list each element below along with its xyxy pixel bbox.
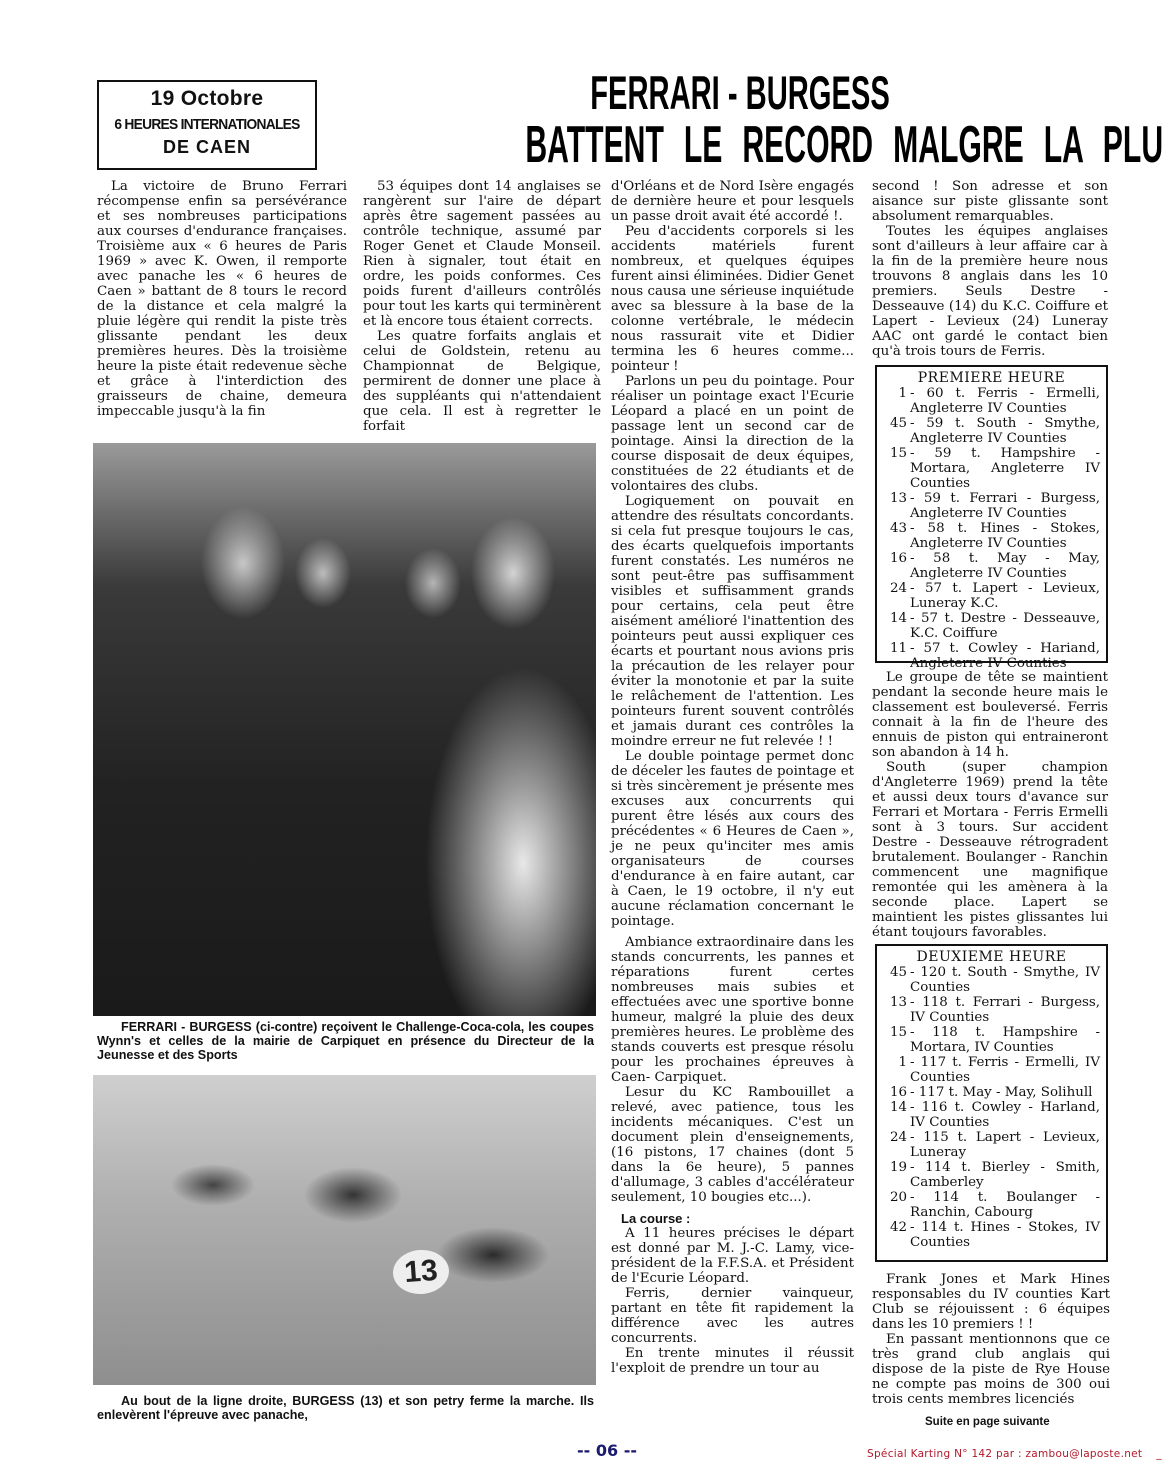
paragraph: 53 équipes dont 14 anglaises se rangèren… — [363, 179, 601, 329]
result-row: 42- 114 t. Hines - Stokes, IV Counties — [883, 1220, 1100, 1250]
paragraph: Toutes les équipes anglaises sont d'aill… — [872, 224, 1108, 359]
credit-line: Spécial Karting N° 142 par : zambou@lapo… — [867, 1448, 1162, 1460]
results-title: DEUXIEME HEURE — [883, 950, 1100, 965]
article-column-4: second ! Son adresse et son aisance sur … — [872, 179, 1108, 359]
headline-line-1: FERRARI - BURGESS — [511, 68, 970, 118]
paragraph: Le groupe de tête se maintient pendant l… — [872, 670, 1108, 760]
result-row: 15- 118 t. Hampshire - Mortara, IV Count… — [883, 1025, 1100, 1055]
paragraph: South (super champion d'Angleterre 1969)… — [872, 760, 1108, 940]
paragraph: Parlons un peu du pointage. Pour réalise… — [611, 374, 854, 494]
result-row: 16- 117 t. May - May, Solihull — [883, 1085, 1100, 1100]
result-row: 20- 114 t. Boulanger - Ranchin, Cabourg — [883, 1190, 1100, 1220]
results-title: PREMIERE HEURE — [883, 371, 1100, 386]
date-box-date: 19 Octobre — [99, 87, 315, 111]
article-column-4-middle: Le groupe de tête se maintient pendant l… — [872, 670, 1108, 940]
paragraph: La victoire de Bruno Ferrari récompense … — [97, 179, 347, 419]
paragraph: Frank Jones et Mark Hines responsables d… — [872, 1272, 1110, 1332]
date-box-location: DE CAEN — [99, 137, 315, 158]
result-row: 13- 59 t. Ferrari - Burgess, Angleterre … — [883, 491, 1100, 521]
result-row: 11- 57 t. Cowley - Hariand, Angleterre I… — [883, 641, 1100, 671]
date-box-event: 6 HEURES INTERNATIONALES — [108, 116, 307, 133]
results-box-first-hour: PREMIERE HEURE 1- 60 t. Ferris - Ermelli… — [875, 365, 1108, 663]
paragraph: Ambiance extraordinaire dans les stands … — [611, 935, 854, 1085]
photo-caption-2: Au bout de la ligne droite, BURGESS (13)… — [97, 1394, 594, 1422]
result-row: 43- 58 t. Hines - Stokes, Angleterre IV … — [883, 521, 1100, 551]
result-row: 15- 59 t. Hampshire - Mortara, Angleterr… — [883, 446, 1100, 491]
result-row: 16- 58 t. May - May, Angleterre IV Count… — [883, 551, 1100, 581]
credit-dash: _ — [1156, 1448, 1162, 1460]
results-box-second-hour: DEUXIEME HEURE 45- 120 t. South - Smythe… — [875, 944, 1108, 1262]
result-row: 13- 118 t. Ferrari - Burgess, IV Countie… — [883, 995, 1100, 1025]
paragraph: Le double pointage permet donc de décele… — [611, 749, 854, 929]
paragraph: Ferris, dernier vainqueur, partant en tê… — [611, 1286, 854, 1346]
result-row: 14- 57 t. Destre - Desseauve, K.C. Coiff… — [883, 611, 1100, 641]
paragraph: d'Orléans et de Nord Isère engagés de de… — [611, 179, 854, 224]
paragraph: En trente minutes il réussit l'exploit d… — [611, 1346, 854, 1376]
article-column-1: La victoire de Bruno Ferrari récompense … — [97, 179, 347, 419]
caption-bold: FERRARI - BURGESS — [121, 1020, 252, 1034]
result-row: 14- 116 t. Cowley - Harland, IV Counties — [883, 1100, 1100, 1130]
paragraph: Lesur du KC Rambouillet a relevé, avec p… — [611, 1085, 854, 1205]
result-row: 1- 117 t. Ferris - Ermelli, IV Counties — [883, 1055, 1100, 1085]
date-box: 19 Octobre 6 HEURES INTERNATIONALES DE C… — [97, 80, 317, 170]
page-number: -- 06 -- — [577, 1441, 637, 1460]
article-column-2: 53 équipes dont 14 anglaises se rangèren… — [363, 179, 601, 434]
credit-text: Spécial Karting N° 142 par : zambou@lapo… — [867, 1448, 1142, 1460]
paragraph: Peu d'accidents corporels si les acciden… — [611, 224, 854, 374]
article-column-4-end: Frank Jones et Mark Hines responsables d… — [872, 1272, 1110, 1407]
photo-caption-1: FERRARI - BURGESS (ci-contre) reçoivent … — [97, 1020, 594, 1062]
paragraph: Logiquement on pouvait en attendre des r… — [611, 494, 854, 749]
paragraph: A 11 heures précises le départ est donné… — [611, 1226, 854, 1286]
result-row: 1- 60 t. Ferris - Ermelli, Angleterre IV… — [883, 386, 1100, 416]
photo-trophy-ceremony — [93, 443, 596, 1016]
paragraph: En passant mentionnons que ce très grand… — [872, 1332, 1110, 1407]
result-row: 24- 115 t. Lapert - Levieux, Luneray — [883, 1130, 1100, 1160]
headline-line-2: BATTENT LE RECORD MALGRE LA PLUIE — [525, 118, 954, 172]
paragraph: Les quatre forfaits anglais et celui de … — [363, 329, 601, 434]
result-row: 45- 59 t. South - Smythe, Angleterre IV … — [883, 416, 1100, 446]
kart-number-plate: 13 — [392, 1248, 451, 1296]
paragraph: second ! Son adresse et son aisance sur … — [872, 179, 1108, 224]
result-row: 45- 120 t. South - Smythe, IV Counties — [883, 965, 1100, 995]
result-row: 24- 57 t. Lapert - Levieux, Luneray K.C. — [883, 581, 1100, 611]
page-title: FERRARI - BURGESS BATTENT LE RECORD MALG… — [370, 68, 1110, 172]
section-subhead: La course : — [611, 1211, 854, 1226]
photo-karts-on-track: 13 — [93, 1075, 596, 1385]
continued-notice: Suite en page suivante — [925, 1416, 1050, 1428]
article-column-3: d'Orléans et de Nord Isère engagés de de… — [611, 179, 854, 1376]
result-row: 19- 114 t. Bierley - Smith, Camberley — [883, 1160, 1100, 1190]
